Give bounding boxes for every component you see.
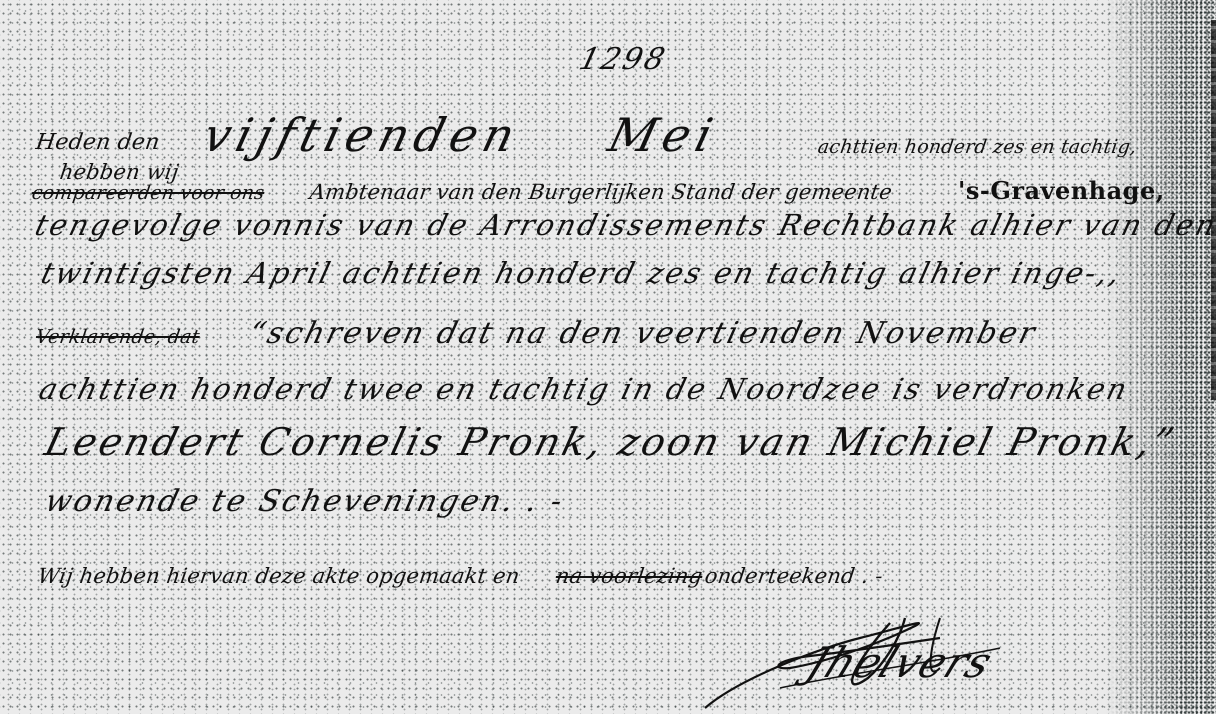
text-na-voorlezing-struck: na voorlezing — [554, 564, 704, 588]
record-number: 1298 — [576, 42, 671, 77]
text-ambtenaar: Ambtenaar van den Burgerlijken Stand der… — [308, 180, 893, 204]
text-onderteekend: onderteekend . - — [703, 564, 884, 588]
text-heden-den: Heden den — [34, 130, 161, 155]
text-deceased-name: Leendert Cornelis Pronk, zoon van Michie… — [41, 420, 1182, 464]
text-year: achttien honderd zes en tachtig, — [816, 136, 1137, 158]
text-compareerden-struck: compareerden voor ons — [30, 182, 265, 204]
text-line-april: twintigsten April achttien honderd zes e… — [38, 256, 1126, 290]
text-line-noordzee: achttien honderd twee en tachtig in de N… — [36, 372, 1133, 406]
text-month: Mei — [603, 108, 724, 162]
scan-edge-noise — [1106, 0, 1216, 714]
signature: Jhelvers — [700, 608, 1060, 714]
text-residence: wonende te Scheveningen. . - — [42, 484, 569, 519]
document-page — [0, 0, 1216, 714]
text-closing: Wij hebben hiervan deze akte opgemaakt e… — [36, 564, 521, 588]
text-line-november: “schreven dat na den veertienden Novembe… — [246, 316, 1041, 351]
text-line-vonnis: tengevolge vonnis van de Arrondissements… — [32, 208, 1216, 242]
signature-text: Jhelvers — [800, 638, 1000, 687]
text-hebben-wij: hebben wij — [58, 160, 180, 184]
text-day: vijftienden — [198, 108, 526, 162]
text-verklarende-struck: Verklarende, dat — [34, 326, 201, 348]
text-municipality: 's-Gravenhage, — [958, 176, 1165, 205]
